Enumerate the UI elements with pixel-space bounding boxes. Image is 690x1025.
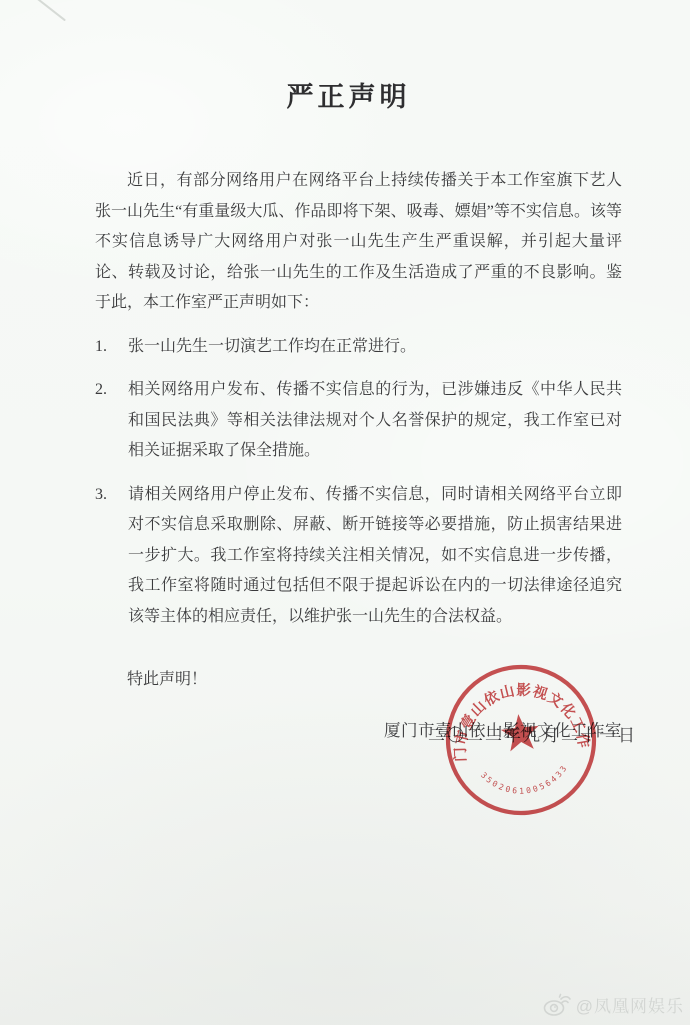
item-number: 1. [95, 332, 128, 363]
intro-paragraph: 近日，有部分网络用户在网络平台上持续传播关于本工作室旗下艺人张一山先生“有重量级… [95, 166, 622, 319]
item-text: 请相关网络用户停止发布、传播不实信息，同时请相关网络平台立即对不实信息采取删除、… [128, 480, 622, 633]
item-number: 2. [95, 375, 128, 467]
seal-serial-wrap: 35020610056433 [478, 762, 572, 801]
statement-list: 1. 张一山先生一切演艺工作均在正常进行。 2. 相关网络用户发布、传播不实信息… [95, 332, 622, 633]
statement-document: 严正声明 近日，有部分网络用户在网络平台上持续传播关于本工作室旗下艺人张一山先生… [95, 82, 622, 746]
weibo-icon [542, 991, 572, 1017]
item-text: 相关网络用户发布、传播不实信息的行为，已涉嫌违反《中华人民共和国民法典》等相关法… [128, 375, 622, 467]
statement-item-1: 1. 张一山先生一切演艺工作均在正常进行。 [95, 332, 622, 363]
official-seal: 厦门市壹山依山影视文化工作室 35020610056433 [433, 652, 609, 828]
statement-item-2: 2. 相关网络用户发布、传播不实信息的行为，已涉嫌违反《中华人民共和国民法典》等… [95, 375, 622, 467]
page-title: 严正声明 [85, 82, 612, 112]
seal-serial: 35020610056433 [478, 762, 572, 801]
statement-item-3: 3. 请相关网络用户停止发布、传播不实信息，同时请相关网络平台立即对不实信息采取… [95, 480, 622, 633]
item-number: 3. [95, 480, 128, 633]
watermark-handle: @凤凰网娱乐 [576, 992, 684, 1017]
paper-crease [30, 0, 66, 21]
seal-star-icon [499, 712, 541, 752]
item-text: 张一山先生一切演艺工作均在正常进行。 [128, 332, 622, 363]
watermark: @凤凰网娱乐 [542, 991, 684, 1017]
document-photo: 严正声明 近日，有部分网络用户在网络平台上持续传播关于本工作室旗下艺人张一山先生… [0, 0, 690, 1025]
